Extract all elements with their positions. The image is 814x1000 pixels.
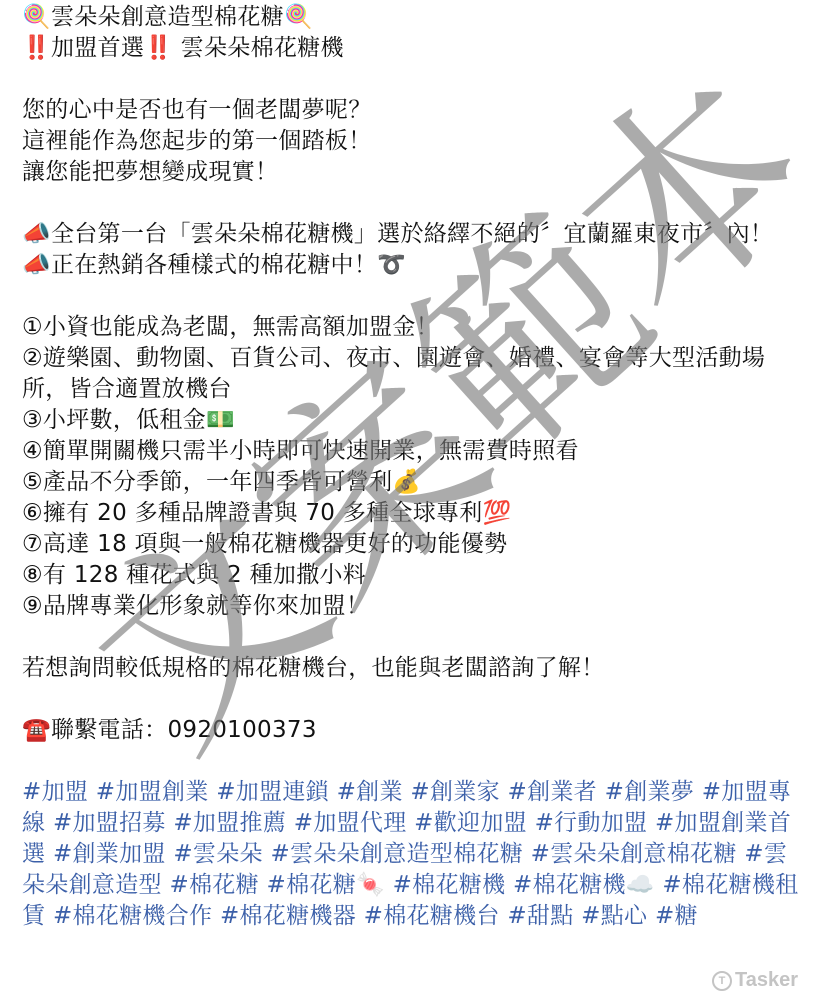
hashtag-link[interactable]: #加盟連鎖 <box>216 779 329 805</box>
brand-watermark: T Tasker <box>712 969 798 992</box>
hashtag-link[interactable]: #甜點 <box>507 903 573 929</box>
highlight-line: 📣全台第一台「雲朵朵棉花糖機」選於絡繹不絕的〞宜蘭羅東夜市〞內！ <box>22 219 802 250</box>
contact-line: ☎️聯繫電話：0920100373 <box>22 715 802 746</box>
hashtag-list: #加盟 #加盟創業 #加盟連鎖 #創業 #創業家 #創業者 #創業夢 #加盟專線… <box>22 777 802 932</box>
post-title: 🍭雲朵朵創意造型棉花糖🍭 <box>22 2 802 33</box>
hashtag-link[interactable]: #加盟創業 <box>96 779 209 805</box>
hashtag-link[interactable]: #棉花糖機☁️ <box>513 872 655 898</box>
hashtag-link[interactable]: #雲朵朵創意棉花糖 <box>531 841 737 867</box>
hashtag-link[interactable]: #雲朵朵 <box>173 841 262 867</box>
feature-item: ④簡單開關機只需半小時即可快速開業，無需費時照看 <box>22 436 802 467</box>
contact-label: ☎️聯繫電話： <box>22 717 167 743</box>
hashtag-link[interactable]: #棉花糖 <box>169 872 258 898</box>
feature-item: ⑥擁有 20 多種品牌證書與 70 多種全球專利💯 <box>22 498 802 529</box>
feature-item: ⑦高達 18 項與一般棉花糖機器更好的功能優勢 <box>22 529 802 560</box>
hashtag-link[interactable]: #加盟推薦 <box>173 810 286 836</box>
hashtag-link[interactable]: #創業者 <box>508 779 597 805</box>
brand-name: Tasker <box>735 969 798 992</box>
inquiry-text: 若想詢問較低規格的棉花糖機台，也能與老闆諮詢了解！ <box>22 653 802 684</box>
hashtag-link[interactable]: #棉花糖機 <box>393 872 506 898</box>
hashtag-link[interactable]: #加盟招募 <box>53 810 166 836</box>
hashtag-link[interactable]: #棉花糖機合作 <box>53 903 212 929</box>
hashtag-link[interactable]: #加盟代理 <box>294 810 407 836</box>
feature-item: ②遊樂園、動物園、百貨公司、夜市、園遊會、婚禮、宴會等大型活動場所，皆合適置放機… <box>22 343 802 405</box>
hashtag-link[interactable]: #行動加盟 <box>535 810 648 836</box>
highlight-line: 📣正在熱銷各種樣式的棉花糖中！➰ <box>22 250 802 281</box>
feature-item: ⑤產品不分季節，一年四季皆可營利💰 <box>22 467 802 498</box>
feature-item: ③小坪數，低租金💵 <box>22 405 802 436</box>
post-body: 🍭雲朵朵創意造型棉花糖🍭 ‼️加盟首選‼️ 雲朵朵棉花糖機 您的心中是否也有一個… <box>22 2 802 932</box>
tasker-logo-icon: T <box>712 971 732 991</box>
hashtag-link[interactable]: #棉花糖機器 <box>220 903 356 929</box>
feature-item: ⑧有 128 種花式與 2 種加撒小料 <box>22 560 802 591</box>
hashtag-link[interactable]: #棉花糖機台 <box>364 903 500 929</box>
hashtag-link[interactable]: #歡迎加盟 <box>414 810 527 836</box>
hashtag-link[interactable]: #糖 <box>655 903 698 929</box>
post-subtitle: ‼️加盟首選‼️ 雲朵朵棉花糖機 <box>22 33 802 64</box>
hashtag-link[interactable]: #創業加盟 <box>53 841 166 867</box>
intro-line: 您的心中是否也有一個老闆夢呢？ <box>22 95 802 126</box>
feature-item: ⑨品牌專業化形象就等你來加盟！ <box>22 591 802 622</box>
hashtag-link[interactable]: #雲朵朵創意造型棉花糖 <box>270 841 523 867</box>
hashtag-link[interactable]: #創業 <box>337 779 403 805</box>
hashtag-link[interactable]: #點心 <box>581 903 647 929</box>
feature-item: ①小資也能成為老闆，無需高額加盟金！ <box>22 312 802 343</box>
intro-line: 這裡能作為您起步的第一個踏板！ <box>22 126 802 157</box>
hashtag-link[interactable]: #加盟 <box>22 779 88 805</box>
hashtag-link[interactable]: #創業家 <box>410 779 499 805</box>
contact-phone[interactable]: 0920100373 <box>167 717 316 743</box>
hashtag-link[interactable]: #棉花糖🍬 <box>267 872 385 898</box>
intro-line: 讓您能把夢想變成現實！ <box>22 157 802 188</box>
hashtag-link[interactable]: #創業夢 <box>605 779 694 805</box>
